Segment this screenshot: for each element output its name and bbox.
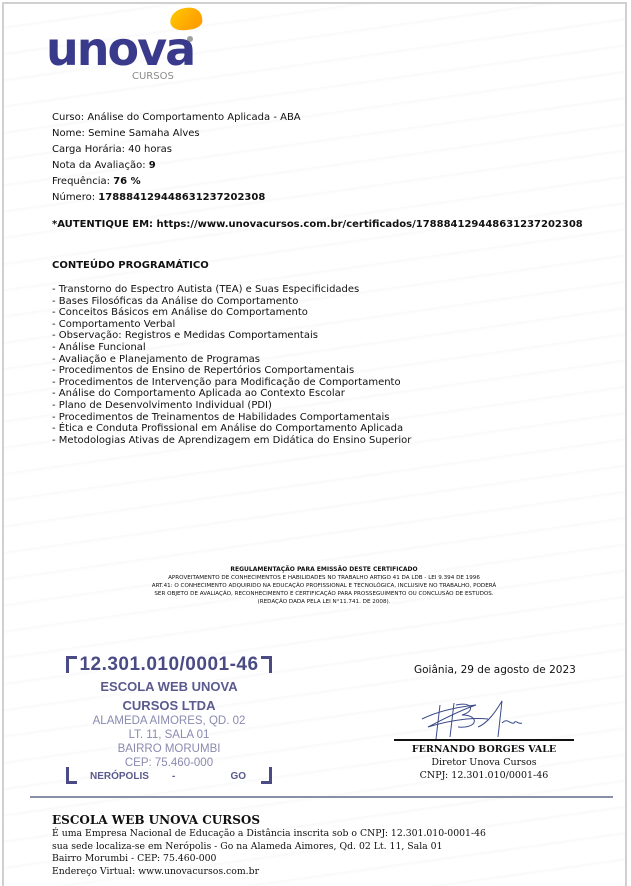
program-item: - Procedimentos de Intervenção para Modi… bbox=[52, 377, 411, 389]
regulation-title: REGULAMENTAÇÃO PARA EMISSÃO DESTE CERTIF… bbox=[104, 566, 544, 574]
stamp-separator: - bbox=[172, 771, 175, 782]
footer-line: Endereço Virtual: www.unovacursos.com.br bbox=[52, 866, 486, 879]
unova-logo: unova CURSOS bbox=[46, 8, 206, 88]
stamp-name-2: CURSOS LTDA bbox=[66, 698, 272, 714]
course-line: Curso: Análise do Comportamento Aplicada… bbox=[52, 110, 301, 126]
program-item: - Conceitos Básicos em Análise do Compor… bbox=[52, 307, 411, 319]
program-item: - Análise Funcional bbox=[52, 342, 411, 354]
program-list: - Transtorno do Espectro Autista (TEA) e… bbox=[52, 284, 411, 446]
certificate-number: 178884129448631237202308 bbox=[98, 192, 265, 203]
program-item: - Ética e Conduta Profissional em Anális… bbox=[52, 423, 411, 435]
footer-title: ESCOLA WEB UNOVA CURSOS bbox=[52, 812, 486, 828]
program-item: - Bases Filosóficas da Análise do Compor… bbox=[52, 296, 411, 308]
program-item: - Procedimentos de Ensino de Repertórios… bbox=[52, 365, 411, 377]
program-item: - Metodologias Ativas de Aprendizagem em… bbox=[52, 435, 411, 447]
grade-value: 9 bbox=[149, 160, 156, 171]
number-label: Número: bbox=[52, 192, 95, 203]
stamp-name-1: ESCOLA WEB UNOVA bbox=[66, 679, 272, 695]
attendance-value: 76 % bbox=[113, 176, 140, 187]
regulation-line: APROVEITAMENTO DE CONHECIMENTOS E HABILI… bbox=[104, 574, 544, 582]
program-item: - Comportamento Verbal bbox=[52, 319, 411, 331]
signature-icon bbox=[418, 697, 528, 741]
program-item: - Procedimentos de Treinamentos de Habil… bbox=[52, 412, 411, 424]
number-line: Número: 178884129448631237202308 bbox=[52, 190, 301, 206]
program-item: - Transtorno do Espectro Autista (TEA) e… bbox=[52, 284, 411, 296]
logo-wordmark: unova bbox=[46, 26, 194, 72]
footer-line: É uma Empresa Nacional de Educação a Dis… bbox=[52, 828, 486, 841]
name-line: Nome: Semine Samaha Alves bbox=[52, 126, 301, 142]
footer-divider bbox=[30, 796, 613, 798]
stamp-bottom: NERÓPOLIS - GO bbox=[66, 768, 272, 782]
stamp-cnpj: 12.301.010/0001-46 bbox=[66, 654, 272, 676]
company-stamp: 12.301.010/0001-46 ESCOLA WEB UNOVA CURS… bbox=[66, 652, 272, 784]
stamp-corner bbox=[66, 656, 77, 673]
hours-value: 40 horas bbox=[128, 144, 172, 155]
certificate-info: Curso: Análise do Comportamento Aplicada… bbox=[52, 110, 301, 206]
signer-role: Diretor Unova Cursos bbox=[394, 756, 574, 769]
issue-date: Goiânia, 29 de agosto de 2023 bbox=[414, 664, 576, 676]
stamp-address-1: ALAMEDA AIMORES, QD. 02 bbox=[66, 714, 272, 728]
course-value: Análise do Comportamento Aplicada - ABA bbox=[87, 112, 300, 123]
program-item: - Observação: Registros e Medidas Compor… bbox=[52, 330, 411, 342]
stamp-corner bbox=[261, 656, 272, 673]
certificate-page: unova CURSOS Curso: Análise do Comportam… bbox=[2, 2, 627, 886]
signature-line bbox=[394, 739, 574, 741]
hours-label: Carga Horária: bbox=[52, 144, 125, 155]
attendance-label: Frequência: bbox=[52, 176, 110, 187]
course-label: Curso: bbox=[52, 112, 84, 123]
stamp-state: GO bbox=[230, 771, 246, 782]
authenticate-link[interactable]: *AUTENTIQUE EM: https://www.unovacursos.… bbox=[52, 219, 583, 230]
grade-line: Nota da Avaliação: 9 bbox=[52, 158, 301, 174]
program-item: - Plano de Desenvolvimento Individual (P… bbox=[52, 400, 411, 412]
footer: ESCOLA WEB UNOVA CURSOS É uma Empresa Na… bbox=[52, 812, 486, 878]
program-title: CONTEÚDO PROGRAMÁTICO bbox=[52, 260, 209, 271]
footer-line: sua sede localiza-se em Nerópolis - Go n… bbox=[52, 841, 486, 854]
hours-line: Carga Horária: 40 horas bbox=[52, 142, 301, 158]
signer-cnpj: CNPJ: 12.301.010/0001-46 bbox=[394, 769, 574, 782]
logo-subtitle: CURSOS bbox=[132, 71, 174, 82]
grade-label: Nota da Avaliação: bbox=[52, 160, 146, 171]
attendance-line: Frequência: 76 % bbox=[52, 174, 301, 190]
signer-block: FERNANDO BORGES VALE Diretor Unova Curso… bbox=[394, 743, 574, 782]
name-value: Semine Samaha Alves bbox=[88, 128, 200, 139]
name-label: Nome: bbox=[52, 128, 85, 139]
stamp-address-3: BAIRRO MORUMBI bbox=[66, 742, 272, 756]
program-item: - Análise do Comportamento Aplicada ao C… bbox=[52, 388, 411, 400]
program-item: - Avaliação e Planejamento de Programas bbox=[52, 354, 411, 366]
stamp-city: NERÓPOLIS bbox=[90, 771, 149, 782]
footer-line: Bairro Morumbi - CEP: 75.460-000 bbox=[52, 853, 486, 866]
regulation-block: REGULAMENTAÇÃO PARA EMISSÃO DESTE CERTIF… bbox=[104, 566, 544, 606]
regulation-line: SER OBJETO DE AVALIAÇÃO, RECONHECIMENTO … bbox=[104, 590, 544, 598]
stamp-address-2: LT. 11, SALA 01 bbox=[66, 728, 272, 742]
regulation-line: (REDAÇÃO DADA PELA LEI N°11.741. DE 2008… bbox=[104, 598, 544, 606]
signer-name: FERNANDO BORGES VALE bbox=[394, 743, 574, 756]
regulation-line: ART.41: O CONHECIMENTO ADQUIRIDO NA EDUC… bbox=[104, 582, 544, 590]
